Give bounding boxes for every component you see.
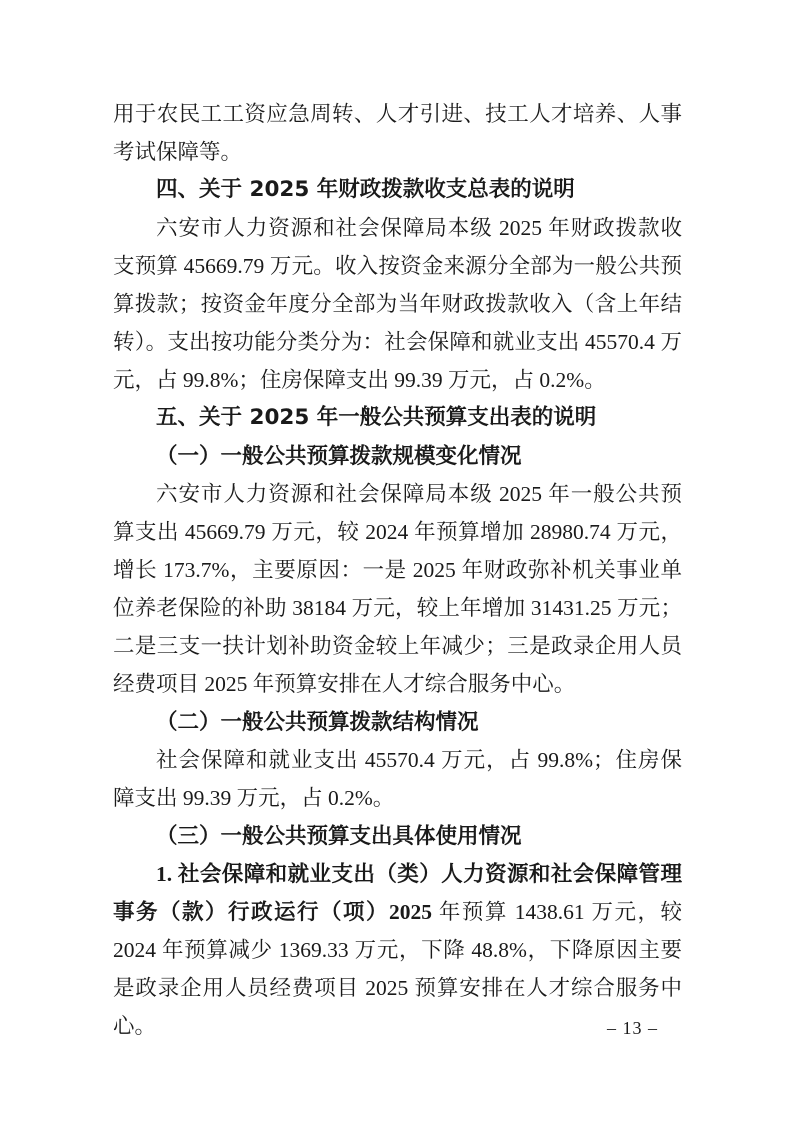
text-segment: （二）一般公共预算拨款结构情况 bbox=[156, 710, 479, 734]
paragraph: 用于农民工工资应急周转、人才引进、技工人才培养、人事考试保障等。 bbox=[113, 95, 682, 171]
text-segment: 六安市人力资源和社会保障局本级 2025 年财政拨款收支预算 45669.79 … bbox=[113, 216, 682, 392]
text-segment: 六安市人力资源和社会保障局本级 2025 年一般公共预算支出 45669.79 … bbox=[113, 482, 682, 696]
text-segment: 用于农民工工资应急周转、人才引进、技工人才培养、人事考试保障等。 bbox=[113, 102, 682, 164]
heading: 五、关于 2025 年一般公共预算支出表的说明 bbox=[113, 399, 682, 437]
document-page: 用于农民工工资应急周转、人才引进、技工人才培养、人事考试保障等。四、关于 202… bbox=[0, 0, 793, 1122]
text-segment: （一）一般公共预算拨款规模变化情况 bbox=[156, 444, 522, 468]
text-segment: 五、关于 2025 年一般公共预算支出表的说明 bbox=[156, 405, 596, 430]
paragraph: 六安市人力资源和社会保障局本级 2025 年财政拨款收支预算 45669.79 … bbox=[113, 209, 682, 399]
paragraph: 六安市人力资源和社会保障局本级 2025 年一般公共预算支出 45669.79 … bbox=[113, 475, 682, 703]
text-segment: （三）一般公共预算支出具体使用情况 bbox=[156, 824, 522, 848]
heading: 四、关于 2025 年财政拨款收支总表的说明 bbox=[113, 171, 682, 209]
subheading: （二）一般公共预算拨款结构情况 bbox=[113, 703, 682, 741]
page-number: – 13 – bbox=[607, 1016, 658, 1040]
subheading: （一）一般公共预算拨款规模变化情况 bbox=[113, 437, 682, 475]
paragraph: 1. 社会保障和就业支出（类）人力资源和社会保障管理事务（款）行政运行（项）20… bbox=[113, 855, 682, 1045]
text-segment: 社会保障和就业支出 45570.4 万元，占 99.8%；住房保障支出 99.3… bbox=[113, 748, 682, 810]
text-segment: 四、关于 2025 年财政拨款收支总表的说明 bbox=[156, 177, 575, 202]
paragraph: 社会保障和就业支出 45570.4 万元，占 99.8%；住房保障支出 99.3… bbox=[113, 741, 682, 817]
subheading: （三）一般公共预算支出具体使用情况 bbox=[113, 817, 682, 855]
document-body: 用于农民工工资应急周转、人才引进、技工人才培养、人事考试保障等。四、关于 202… bbox=[113, 95, 682, 1045]
